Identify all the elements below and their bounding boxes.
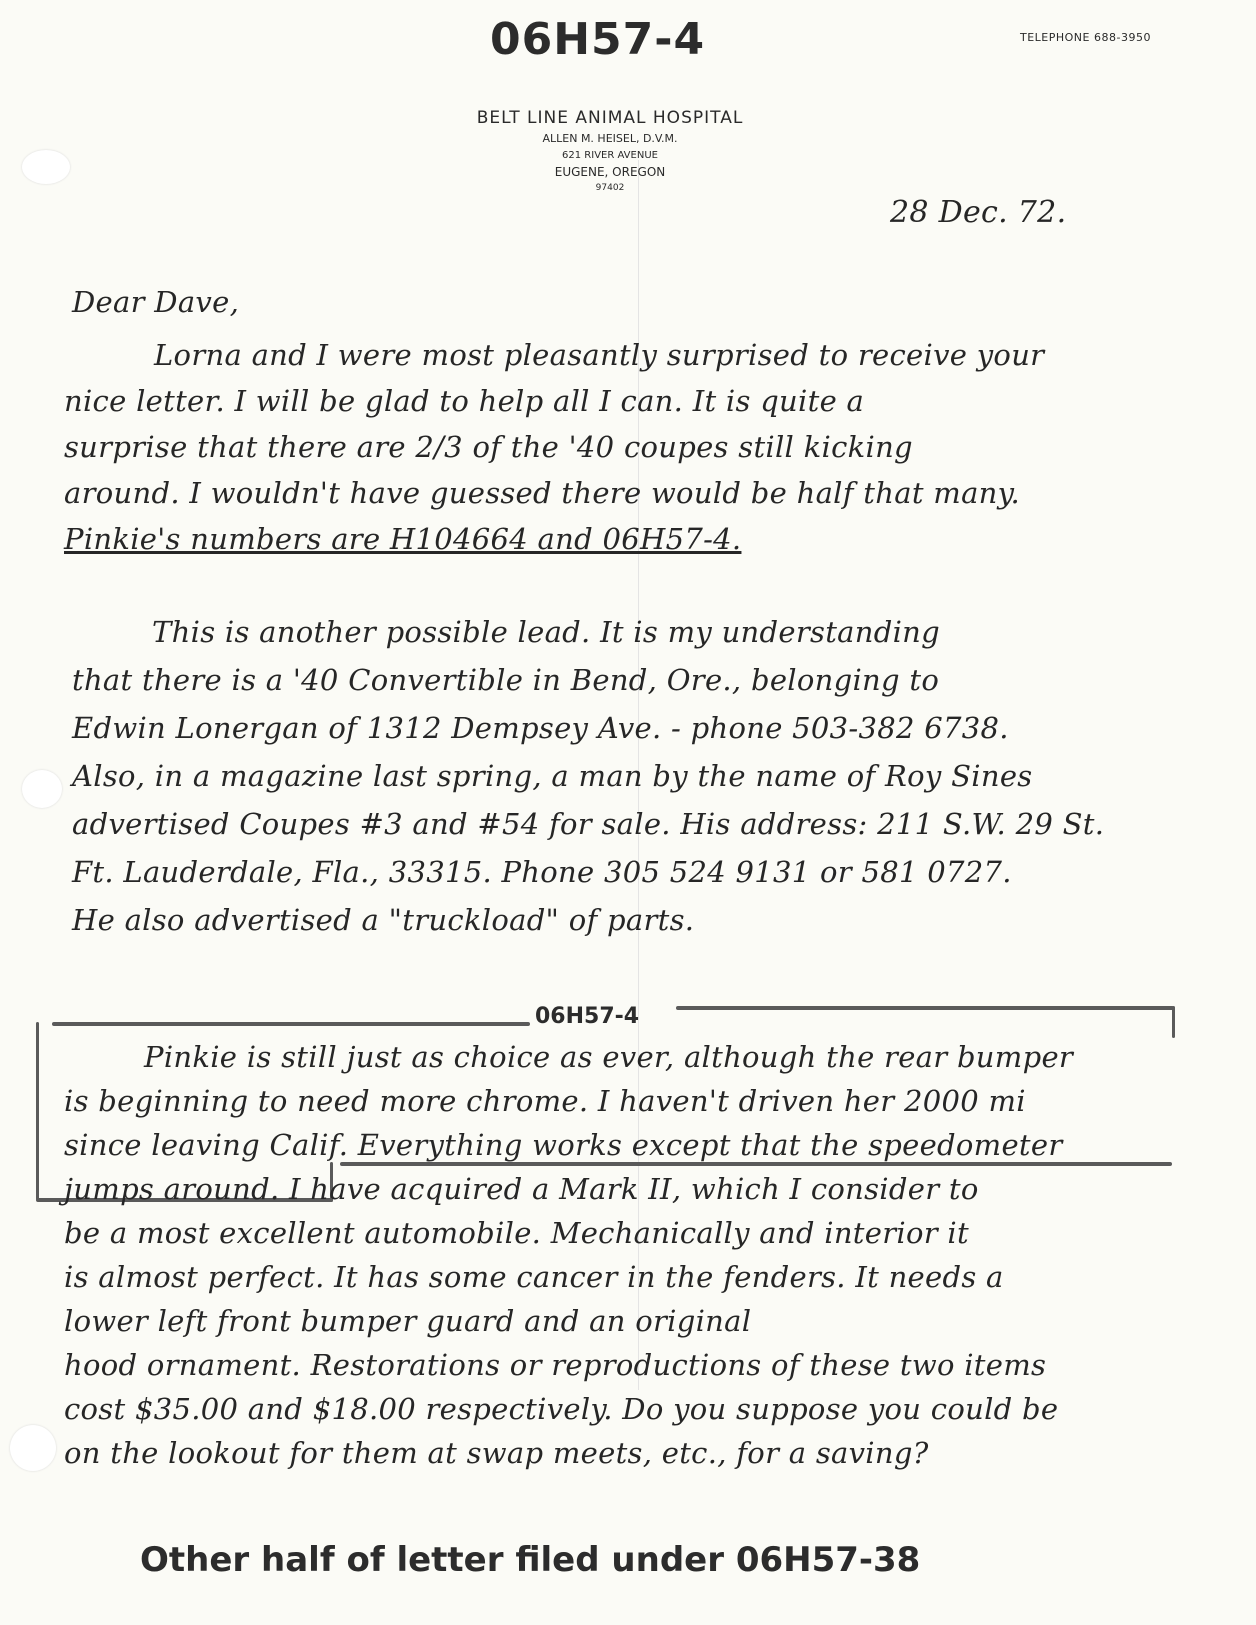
text-line: around. I wouldn't have guessed there wo… <box>64 476 1044 522</box>
text-line: that there is a '40 Convertible in Bend,… <box>72 663 1104 711</box>
text-line: This is another possible lead. It is my … <box>152 615 1104 663</box>
hospital-name: BELT LINE ANIMAL HOSPITAL <box>420 108 800 128</box>
footer-file-note: Other half of letter filed under 06H57-3… <box>140 1540 920 1580</box>
city-state: EUGENE, OREGON <box>420 165 800 179</box>
marker-box-left <box>36 1022 39 1200</box>
text-line: on the lookout for them at swap meets, e… <box>64 1436 1073 1480</box>
punch-hole <box>10 1425 56 1471</box>
text-line: is beginning to need more chrome. I have… <box>64 1084 1073 1128</box>
text-line: Edwin Lonergan of 1312 Dempsey Ave. - ph… <box>72 711 1104 759</box>
letter-date: 28 Dec. 72. <box>890 195 1066 230</box>
text-line: Pinkie is still just as choice as ever, … <box>144 1040 1073 1084</box>
punch-hole <box>22 150 70 184</box>
text-line: Lorna and I were most pleasantly surpris… <box>154 338 1044 384</box>
box-file-number-stamp: 06H57-4 <box>535 1004 639 1029</box>
text-line: Ft. Lauderdale, Fla., 33315. Phone 305 5… <box>72 855 1104 903</box>
marker-box-top-right <box>676 1006 1174 1010</box>
text-line: hood ornament. Restorations or reproduct… <box>64 1348 1073 1392</box>
text-line: be a most excellent automobile. Mechanic… <box>64 1216 1073 1260</box>
punch-hole <box>22 770 62 808</box>
vehicle-numbers-line: Pinkie's numbers are H104664 and 06H57-4… <box>64 522 1044 568</box>
zip-code: 97402 <box>420 183 800 193</box>
text-line: surprise that there are 2/3 of the '40 c… <box>64 430 1044 476</box>
file-number-stamp: 06H57-4 <box>490 14 705 65</box>
street-address: 621 RIVER AVENUE <box>420 150 800 161</box>
paragraph-1: Lorna and I were most pleasantly surpris… <box>64 338 1044 568</box>
letterhead: BELT LINE ANIMAL HOSPITAL ALLEN M. HEISE… <box>420 108 800 193</box>
marker-box-right <box>1172 1006 1175 1038</box>
salutation: Dear Dave, <box>72 285 239 319</box>
text-line: jumps around. I have acquired a Mark II,… <box>64 1172 1073 1216</box>
text-line: He also advertised a "truckload" of part… <box>72 903 1104 951</box>
text-line: lower left front bumper guard and an ori… <box>64 1304 1073 1348</box>
paragraph-2: This is another possible lead. It is my … <box>72 615 1104 951</box>
telephone-number: TELEPHONE 688-3950 <box>1020 31 1151 44</box>
text-line: is almost perfect. It has some cancer in… <box>64 1260 1073 1304</box>
text-line: Also, in a magazine last spring, a man b… <box>72 759 1104 807</box>
text-line: advertised Coupes #3 and #54 for sale. H… <box>72 807 1104 855</box>
paragraph-3: Pinkie is still just as choice as ever, … <box>64 1040 1073 1480</box>
doctor-name: ALLEN M. HEISEL, D.V.M. <box>420 132 800 145</box>
text-line: cost $35.00 and $18.00 respectively. Do … <box>64 1392 1073 1436</box>
marker-box-top-left <box>52 1022 530 1026</box>
text-line: nice letter. I will be glad to help all … <box>64 384 1044 430</box>
text-line: since leaving Calif. Everything works ex… <box>64 1128 1073 1172</box>
